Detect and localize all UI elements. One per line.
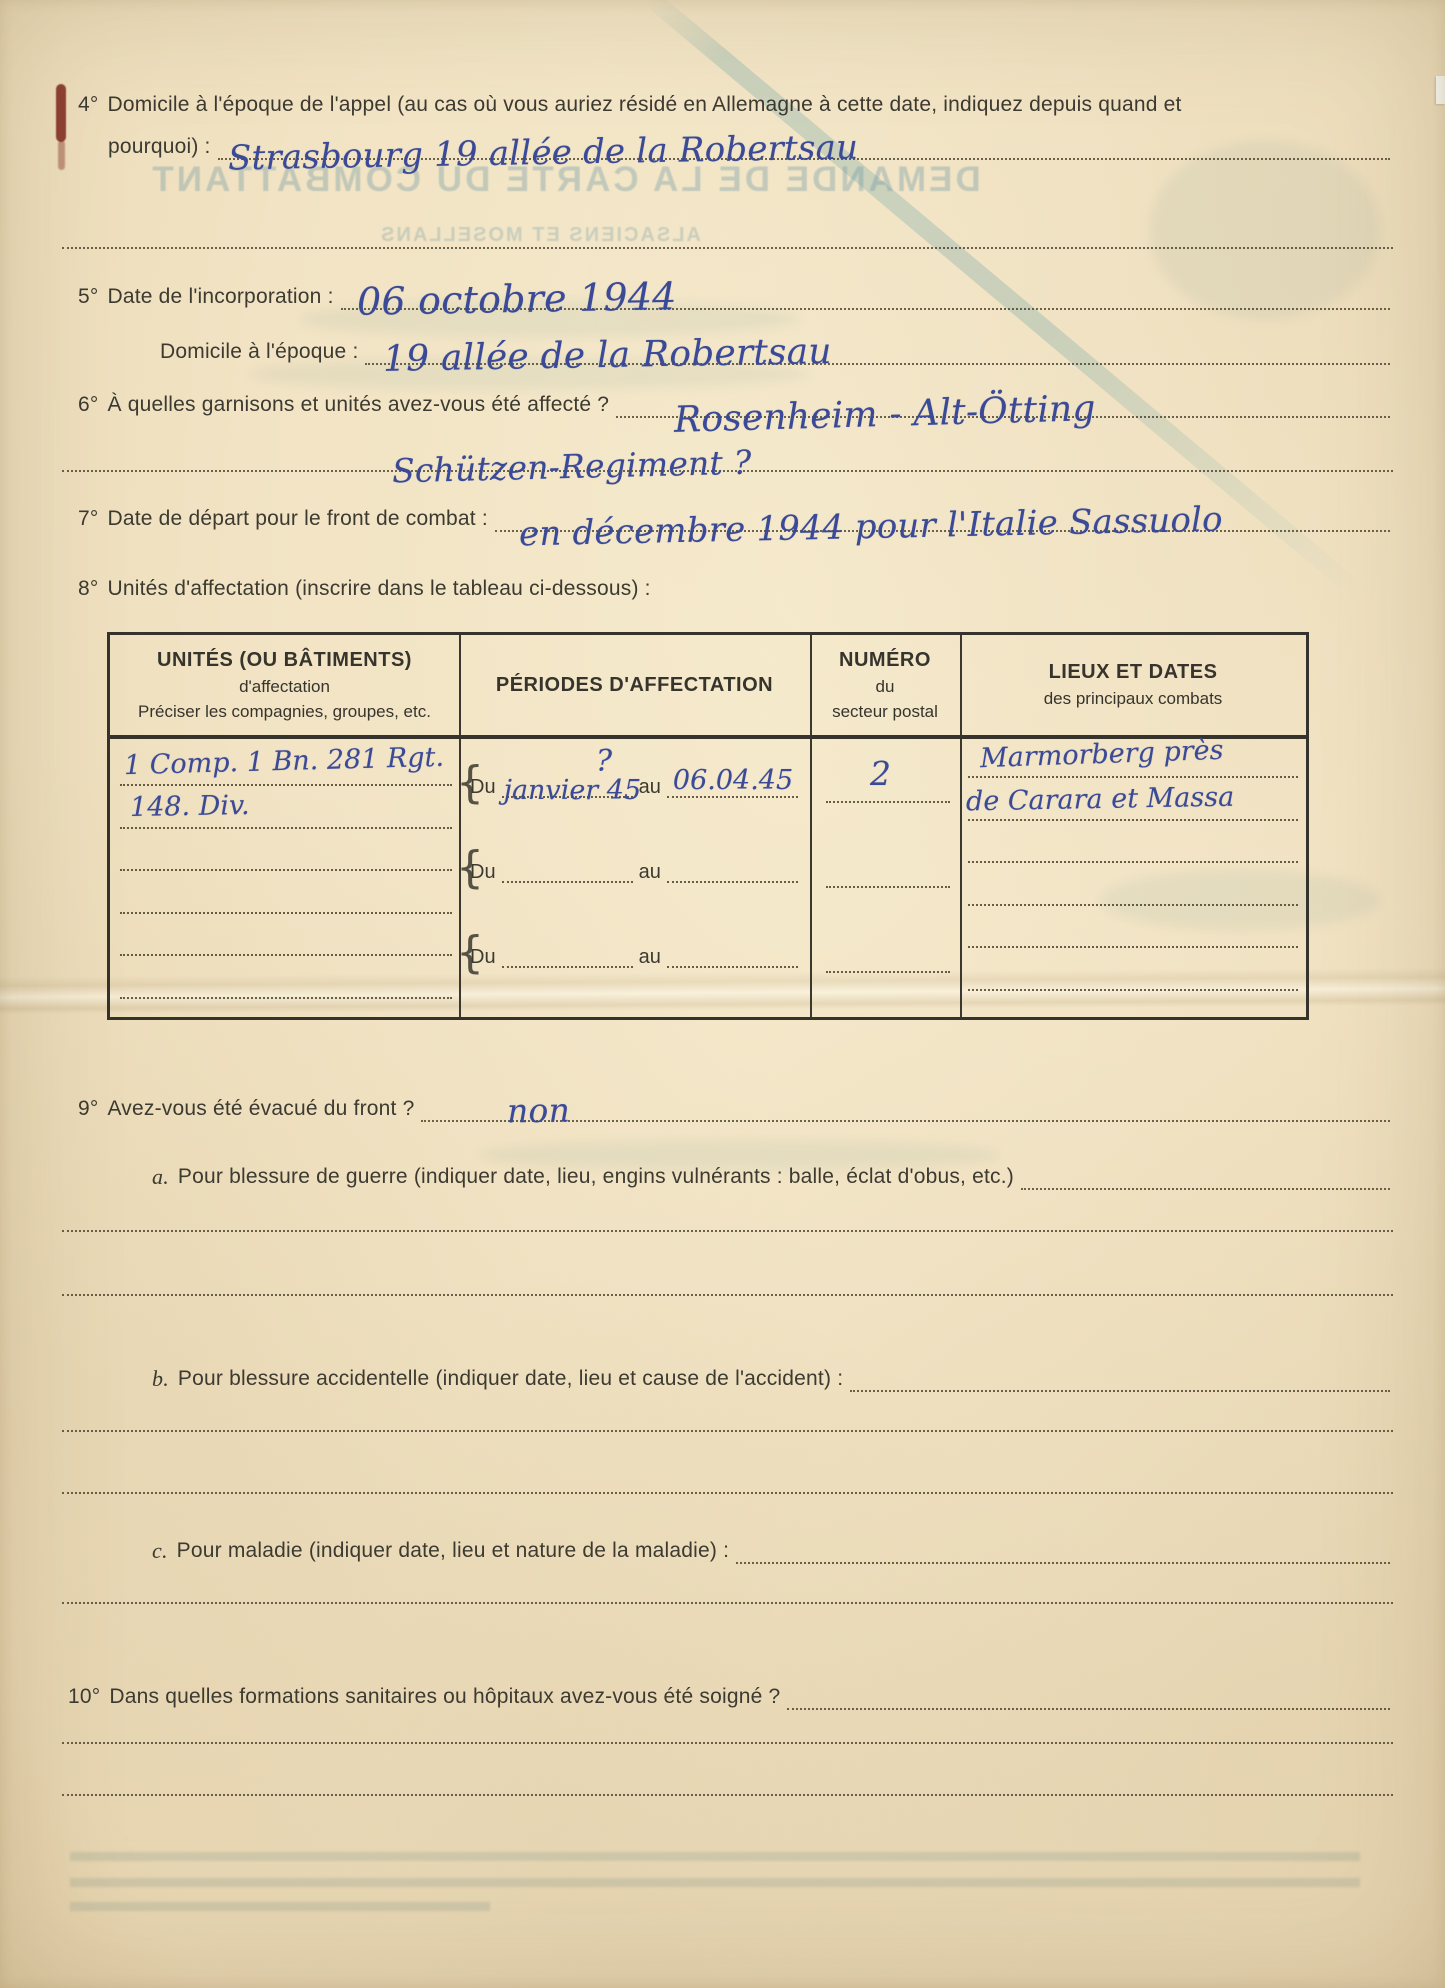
au-label: au <box>639 776 661 798</box>
question-9-handwritten-answer: non <box>507 1097 570 1124</box>
question-7: 7° Date de départ pour le front de comba… <box>78 500 1390 532</box>
dotted-rule <box>62 1200 1393 1232</box>
row1-place-handwriting-line1: Marmorberg près <box>980 735 1224 774</box>
question-10: 10° Dans quelles formations sanitaires o… <box>68 1678 1390 1710</box>
dotted-rule <box>120 827 452 829</box>
blank-dotted-line <box>62 1462 1393 1494</box>
question-6-answer-line2: Schützen-Regiment ? <box>62 440 1393 472</box>
scanned-form-page: DEMANDE DE LA CARTE DU COMBATTANT ALSACI… <box>0 0 1445 1988</box>
blank-dotted-line <box>62 1200 1393 1232</box>
affectation-table: UNITÉS (OU BÂTIMENTS) d'affectation Préc… <box>107 632 1309 1020</box>
blank-dotted-line <box>62 1400 1393 1432</box>
question-4-text: Domicile à l'époque de l'appel (au cas o… <box>107 92 1181 118</box>
bleedthrough-text-line <box>70 1852 1360 1861</box>
row2-period-line: Du au <box>470 853 804 883</box>
question-9-number: 9° <box>78 1096 98 1122</box>
question-8: 8° Unités d'affectation (inscrire dans l… <box>78 576 658 602</box>
dotted-rule <box>826 971 950 973</box>
bleedthrough-text-line <box>70 1878 1360 1887</box>
table-header-sector: NUMÉRO du secteur postal <box>810 635 960 735</box>
question-5: 5° Date de l'incorporation : 06 octobre … <box>78 278 1390 310</box>
table-header-periods: PÉRIODES D'AFFECTATION <box>459 635 810 735</box>
blank-dotted-line <box>62 217 1393 249</box>
dotted-rule <box>62 1712 1393 1744</box>
item-c-letter: c. <box>152 1538 168 1564</box>
table-row: { Du au <box>110 837 1306 922</box>
item-c-label: Pour maladie (indiquer date, lieu et nat… <box>177 1538 729 1564</box>
dotted-rule <box>62 1764 1393 1796</box>
dotted-rule <box>968 989 1298 991</box>
period-to-line: 06.04.45 <box>667 772 798 798</box>
header-units-line3: Préciser les compagnies, groupes, etc. <box>138 702 431 722</box>
question-8-number: 8° <box>78 576 98 602</box>
header-periods-label: PÉRIODES D'AFFECTATION <box>496 674 773 697</box>
table-header-places: LIEUX ET DATES des principaux combats <box>960 635 1306 735</box>
blank-dotted-line <box>62 1264 1393 1296</box>
dotted-rule <box>120 869 452 871</box>
question-7-handwritten-answer: en décembre 1944 pour l'Italie Sassuolo <box>519 507 1223 548</box>
question-5-number: 5° <box>78 284 98 310</box>
question-5-handwritten-answer: 06 octobre 1944 <box>356 283 676 315</box>
question-6: 6° À quelles garnisons et unités avez-vo… <box>78 386 1390 418</box>
bleedthrough-text-line <box>70 1902 490 1911</box>
row1-period-from-handwriting: janvier 45 <box>504 775 642 806</box>
question-9-label: Avez-vous été évacué du front ? <box>107 1096 414 1122</box>
au-label: au <box>639 861 661 883</box>
dotted-rule <box>120 997 452 999</box>
question-8-label: Unités d'affectation (inscrire dans le t… <box>107 576 650 602</box>
item-a-label: Pour blessure de guerre (indiquer date, … <box>178 1164 1014 1190</box>
question-4-number: 4° <box>78 92 98 118</box>
question-6-number: 6° <box>78 392 98 418</box>
period-from-line: janvier 45 <box>502 772 633 798</box>
question-5-label: Date de l'incorporation : <box>107 284 333 310</box>
item-a-answer-line <box>1021 1158 1390 1190</box>
item-b-label: Pour blessure accidentelle (indiquer dat… <box>178 1366 843 1392</box>
header-places-line1: LIEUX ET DATES <box>1049 661 1218 684</box>
period-from-line <box>502 942 633 968</box>
question-7-answer-line: en décembre 1944 pour l'Italie Sassuolo <box>495 500 1390 532</box>
question-7-number: 7° <box>78 506 98 532</box>
question-9: 9° Avez-vous été évacué du front ? non <box>78 1090 1390 1122</box>
row3-period-line: Du au <box>470 938 804 968</box>
blank-dotted-line <box>62 1712 1393 1744</box>
red-ink-stain <box>56 84 66 142</box>
question-4-line2: pourquoi) : Strasbourg 19 allée de la Ro… <box>108 128 1390 160</box>
header-places-line2: des principaux combats <box>1044 689 1223 709</box>
item-b: b. Pour blessure accidentelle (indiquer … <box>152 1360 1390 1392</box>
red-ink-stain <box>58 140 65 170</box>
dotted-rule <box>968 861 1298 863</box>
dotted-rule <box>968 946 1298 948</box>
question-10-answer-line <box>787 1678 1390 1710</box>
question-10-number: 10° <box>68 1684 100 1710</box>
au-label: au <box>639 946 661 968</box>
row1-period-to-handwriting: 06.04.45 <box>673 765 793 796</box>
question-5-sub: Domicile à l'époque : 19 allée de la Rob… <box>160 333 1390 365</box>
question-9-answer-line: non <box>421 1090 1390 1122</box>
du-label: Du <box>470 946 496 968</box>
row1-unit-handwriting-line2: 148. Div. <box>130 790 250 823</box>
dotted-rule <box>120 912 452 914</box>
dotted-rule <box>62 217 1393 249</box>
header-units-line1: UNITÉS (OU BÂTIMENTS) <box>157 649 412 672</box>
question-6-handwritten-answer1: Rosenheim - Alt-Ötting <box>674 396 1096 434</box>
du-label: Du <box>470 861 496 883</box>
table-header-units: UNITÉS (OU BÂTIMENTS) d'affectation Préc… <box>110 635 459 735</box>
question-6-answer-line: Rosenheim - Alt-Ötting <box>616 386 1390 418</box>
scan-notch <box>1436 76 1445 104</box>
dotted-rule <box>826 886 950 888</box>
dotted-rule <box>968 904 1298 906</box>
dotted-rule <box>968 776 1298 778</box>
question-5-sub-answer-line: 19 allée de la Robertsau <box>365 333 1390 365</box>
item-a-letter: a. <box>152 1164 169 1190</box>
blank-dotted-line <box>62 1764 1393 1796</box>
dotted-rule <box>968 819 1298 821</box>
question-4-handwritten-answer: Strasbourg 19 allée de la Robertsau <box>227 135 858 172</box>
item-a: a. Pour blessure de guerre (indiquer dat… <box>152 1158 1390 1190</box>
row1-sector-handwriting: 2 <box>870 754 891 793</box>
dotted-rule <box>826 801 950 803</box>
question-7-label: Date de départ pour le front de combat : <box>107 506 487 532</box>
header-sector-line1: NUMÉRO <box>839 649 931 672</box>
du-label: Du <box>470 776 496 798</box>
item-c: c. Pour maladie (indiquer date, lieu et … <box>152 1532 1390 1564</box>
question-6-line2: Schützen-Regiment ? <box>62 440 1393 472</box>
header-units-line2: d'affectation <box>239 677 330 697</box>
question-4-label2: pourquoi) : <box>108 134 211 160</box>
question-10-label: Dans quelles formations sanitaires ou hô… <box>109 1684 780 1710</box>
question-5-sub-label: Domicile à l'époque : <box>160 339 358 365</box>
table-row: 1 Comp. 1 Bn. 281 Rgt. 148. Div. { ? Du … <box>110 752 1306 837</box>
dotted-rule <box>62 1264 1393 1296</box>
question-4-line1: 4° Domicile à l'époque de l'appel (au ca… <box>78 92 1189 118</box>
question-4-answer-line: Strasbourg 19 allée de la Robertsau <box>218 128 1390 160</box>
question-5-sub-handwritten-answer: 19 allée de la Robertsau <box>383 339 832 373</box>
row1-unit-handwriting-line1: 1 Comp. 1 Bn. 281 Rgt. <box>124 742 445 781</box>
period-to-line <box>667 857 798 883</box>
row1-period-line: Du janvier 45 au 06.04.45 <box>470 768 804 798</box>
header-sector-line2: du <box>876 677 895 697</box>
question-5-answer-line: 06 octobre 1944 <box>341 278 1390 310</box>
table-header-row: UNITÉS (OU BÂTIMENTS) d'affectation Préc… <box>110 635 1306 739</box>
item-b-letter: b. <box>152 1366 169 1392</box>
header-sector-line3: secteur postal <box>832 702 938 722</box>
blank-dotted-line <box>62 1572 1393 1604</box>
question-6-handwritten-answer2: Schützen-Regiment ? <box>392 450 752 485</box>
row1-place-handwriting-line2: de Carara et Massa <box>966 782 1235 818</box>
item-b-answer-line <box>850 1360 1390 1392</box>
period-from-line <box>502 857 633 883</box>
question-6-label: À quelles garnisons et unités avez-vous … <box>107 392 609 418</box>
dotted-rule <box>62 1462 1393 1494</box>
period-to-line <box>667 942 798 968</box>
table-row: { Du au <box>110 922 1306 1007</box>
dotted-rule <box>62 1572 1393 1604</box>
dotted-rule <box>120 784 452 786</box>
dotted-rule <box>62 1400 1393 1432</box>
item-c-answer-line <box>736 1532 1390 1564</box>
dotted-rule <box>120 954 452 956</box>
